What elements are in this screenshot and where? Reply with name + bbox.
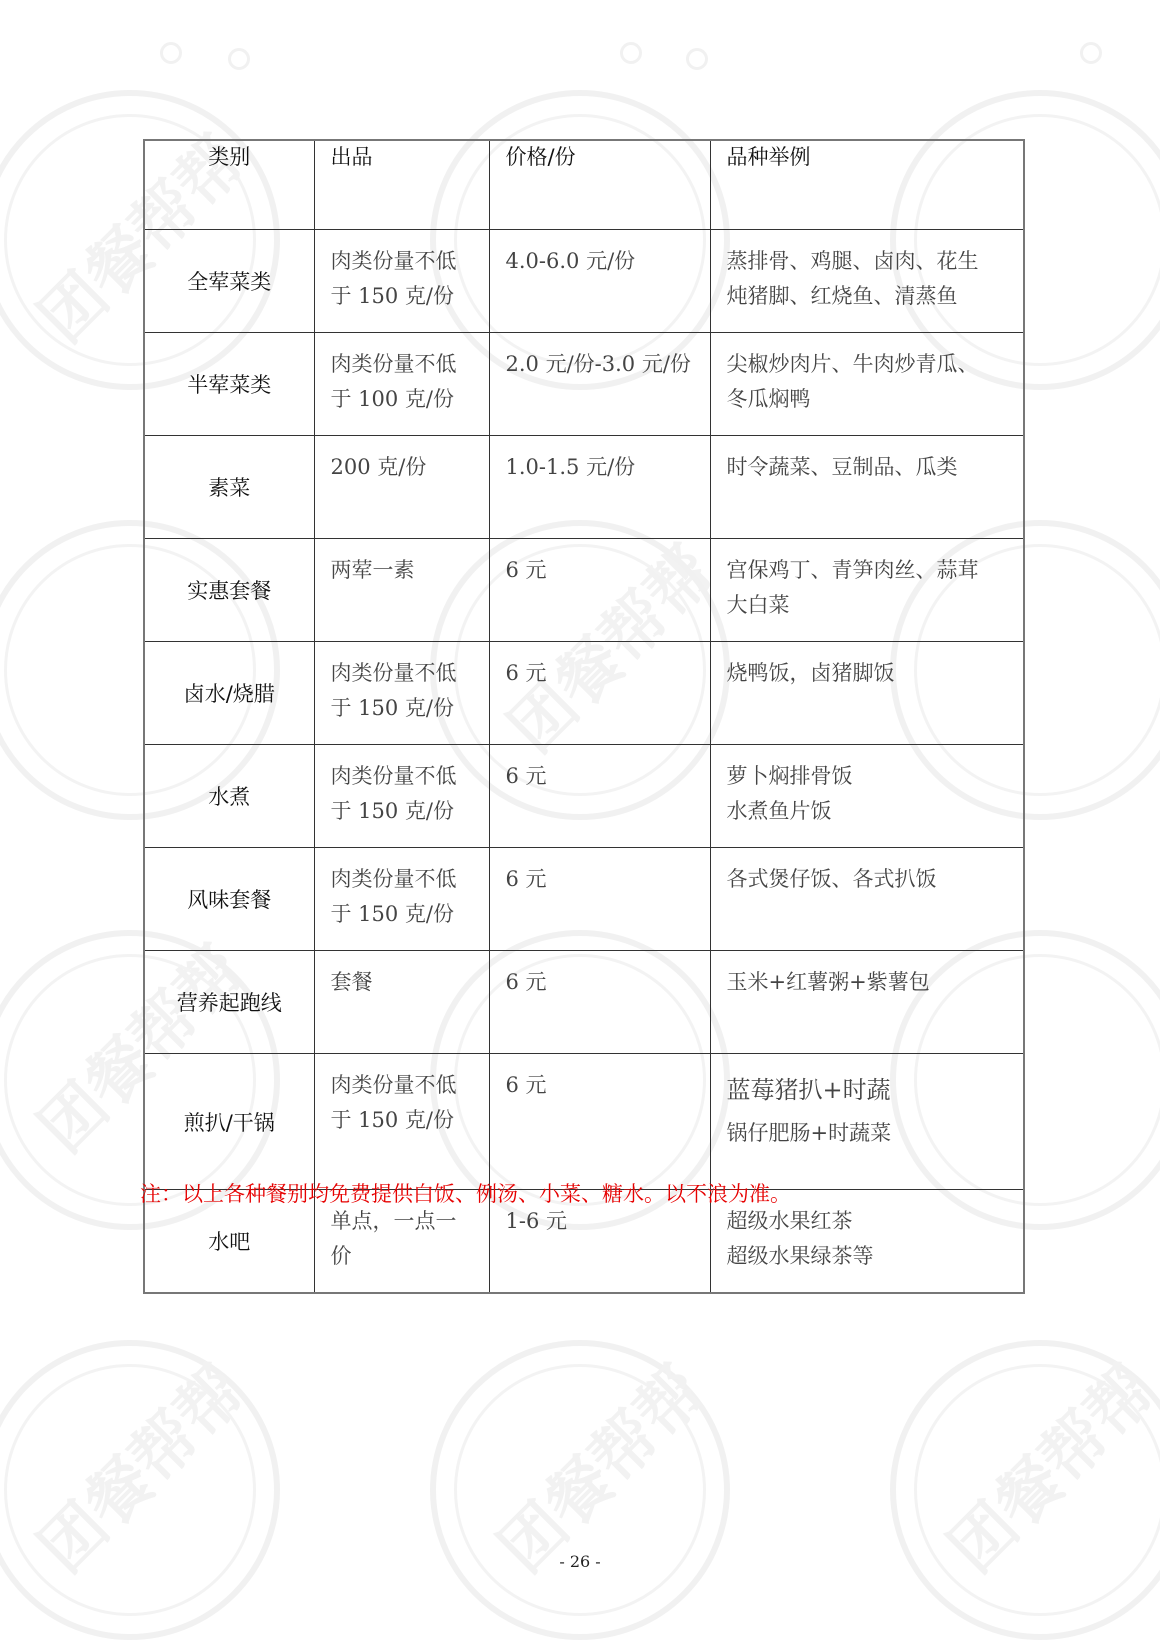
table-row: 煎扒/干锅 肉类份量不低于 150 克/份 6 元 蓝莓猪扒+时蔬锅仔肥肠+时蔬… [144, 1054, 1024, 1190]
price-cell: 6 元 [489, 951, 710, 1054]
item-cell: 两荤一素 [314, 539, 489, 642]
footnote: 注：以上各种餐别均免费提供白饭、例汤、小菜、糖水。以不浪为准。 [140, 1178, 791, 1208]
header-item: 出品 [314, 140, 489, 230]
price-cell: 6 元 [489, 745, 710, 848]
examples-cell: 各式煲仔饭、各式扒饭 [710, 848, 1024, 951]
table-row: 卤水/烧腊 肉类份量不低于 150 克/份 6 元 烧鸭饭，卤猪脚饭 [144, 642, 1024, 745]
examples-cell: 萝卜焖排骨饭水煮鱼片饭 [710, 745, 1024, 848]
item-cell: 套餐 [314, 951, 489, 1054]
category-cell: 营养起跑线 [144, 951, 314, 1054]
category-cell: 全荤菜类 [144, 230, 314, 333]
price-cell: 1.0-1.5 元/份 [489, 436, 710, 539]
price-cell: 6 元 [489, 1054, 710, 1190]
table-row: 风味套餐 肉类份量不低于 150 克/份 6 元 各式煲仔饭、各式扒饭 [144, 848, 1024, 951]
header-price: 价格/份 [489, 140, 710, 230]
category-cell: 风味套餐 [144, 848, 314, 951]
table-row: 营养起跑线 套餐 6 元 玉米+红薯粥+紫薯包 [144, 951, 1024, 1054]
table-row: 半荤菜类 肉类份量不低于 100 克/份 2.0 元/份-3.0 元/份 尖椒炒… [144, 333, 1024, 436]
examples-cell: 烧鸭饭，卤猪脚饭 [710, 642, 1024, 745]
table-header-row: 类别 出品 价格/份 品种举例 [144, 140, 1024, 230]
table-row: 实惠套餐 两荤一素 6 元 宫保鸡丁、青笋肉丝、蒜茸大白菜 [144, 539, 1024, 642]
category-cell: 实惠套餐 [144, 539, 314, 642]
category-cell: 水煮 [144, 745, 314, 848]
table-row: 素菜 200 克/份 1.0-1.5 元/份 时令蔬菜、豆制品、瓜类 [144, 436, 1024, 539]
header-category: 类别 [144, 140, 314, 230]
item-cell: 肉类份量不低于 100 克/份 [314, 333, 489, 436]
category-cell: 卤水/烧腊 [144, 642, 314, 745]
category-cell: 煎扒/干锅 [144, 1054, 314, 1190]
table-row: 水煮 肉类份量不低于 150 克/份 6 元 萝卜焖排骨饭水煮鱼片饭 [144, 745, 1024, 848]
examples-cell: 尖椒炒肉片、牛肉炒青瓜、冬瓜焖鸭 [710, 333, 1024, 436]
category-cell: 半荤菜类 [144, 333, 314, 436]
category-cell: 素菜 [144, 436, 314, 539]
price-cell: 6 元 [489, 539, 710, 642]
examples-cell: 宫保鸡丁、青笋肉丝、蒜茸大白菜 [710, 539, 1024, 642]
item-cell: 肉类份量不低于 150 克/份 [314, 848, 489, 951]
price-cell: 6 元 [489, 642, 710, 745]
examples-cell: 时令蔬菜、豆制品、瓜类 [710, 436, 1024, 539]
item-cell: 肉类份量不低于 150 克/份 [314, 230, 489, 333]
item-cell: 肉类份量不低于 150 克/份 [314, 642, 489, 745]
examples-cell: 玉米+红薯粥+紫薯包 [710, 951, 1024, 1054]
page-number: - 26 - [0, 1552, 1160, 1571]
header-examples: 品种举例 [710, 140, 1024, 230]
item-cell: 肉类份量不低于 150 克/份 [314, 745, 489, 848]
item-cell: 肉类份量不低于 150 克/份 [314, 1054, 489, 1190]
menu-price-table: 类别 出品 价格/份 品种举例 全荤菜类 肉类份量不低于 150 克/份 4.0… [143, 139, 1025, 1294]
price-cell: 2.0 元/份-3.0 元/份 [489, 333, 710, 436]
price-cell: 4.0-6.0 元/份 [489, 230, 710, 333]
examples-cell: 蒸排骨、鸡腿、卤肉、花生炖猪脚、红烧鱼、清蒸鱼 [710, 230, 1024, 333]
price-cell: 6 元 [489, 848, 710, 951]
table-row: 全荤菜类 肉类份量不低于 150 克/份 4.0-6.0 元/份 蒸排骨、鸡腿、… [144, 230, 1024, 333]
item-cell: 200 克/份 [314, 436, 489, 539]
examples-cell: 蓝莓猪扒+时蔬锅仔肥肠+时蔬菜 [710, 1054, 1024, 1190]
